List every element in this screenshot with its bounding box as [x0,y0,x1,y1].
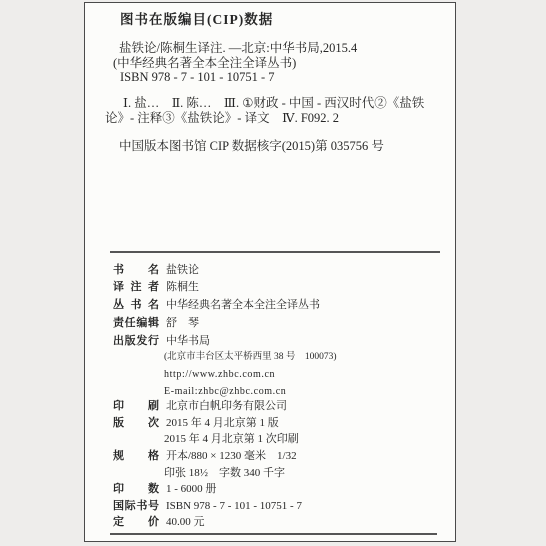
row-series-title: 丛书名中华经典名著全本全注全译丛书 [113,299,320,312]
row-publisher: 出版发行中华书局 [113,335,210,348]
field-value-translator: 陈桐生 [166,281,199,293]
field-value-book-title: 盐铁论 [166,264,199,276]
row-edition: 版次2015 年 4 月北京第 1 版 [113,417,279,430]
field-value-printer: 北京市白帆印务有限公司 [166,400,287,412]
cip-series-statement: (中华经典名著全本全注全译丛书) [113,56,296,70]
cip-registry-number: 中国版本图书馆 CIP 数据核字(2015)第 035756 号 [119,139,384,153]
field-label-format: 规格 [113,450,159,463]
field-value-print-run: 1 - 6000 册 [166,483,216,495]
cip-title-statement: 盐铁论/陈桐生译注. —北京:中华书局,2015.4 [119,41,357,55]
field-label-book-title: 书名 [113,264,159,277]
edition-printing-line: 2015 年 4 月北京第 1 次印刷 [164,433,299,446]
field-label-editor: 责任编辑 [113,317,159,330]
field-label-translator: 译注者 [113,281,159,294]
field-label-series-title: 丛书名 [113,299,159,312]
row-book-title: 书名盐铁论 [113,264,199,277]
field-label-isbn: 国际书号 [113,500,159,513]
divider-top [110,251,440,253]
field-value-publisher: 中华书局 [166,335,210,347]
scanned-copyright-page: { "colors": { "paper": "#fcfcfa", "ink":… [0,0,546,546]
publisher-address: (北京市丰台区太平桥西里 38 号 100073) [164,351,337,364]
row-isbn: 国际书号ISBN 978 - 7 - 101 - 10751 - 7 [113,500,302,513]
cip-header: 图书在版编目(CIP)数据 [120,12,273,27]
row-translator: 译注者陈桐生 [113,281,199,294]
field-label-publisher: 出版发行 [113,335,159,348]
field-label-edition: 版次 [113,417,159,430]
publisher-website: http://www.zhbc.com.cn [164,368,275,381]
row-editor: 责任编辑舒 琴 [113,317,199,330]
row-format: 规格开本/880 × 1230 毫米 1/32 [113,450,297,463]
cip-classification-line2: 论》- 注释③《盐铁论》- 译文 Ⅳ. F092. 2 [105,111,339,125]
field-value-format: 开本/880 × 1230 毫米 1/32 [166,450,297,462]
field-label-printer: 印刷 [113,400,159,413]
row-print-run: 印数1 - 6000 册 [113,483,216,496]
row-printer: 印刷北京市白帆印务有限公司 [113,400,287,413]
cip-classification-line1: Ⅰ. 盐… Ⅱ. 陈… Ⅲ. ①财政 - 中国 - 西汉时代②《盐铁 [123,96,424,110]
field-value-series-title: 中华经典名著全本全注全译丛书 [166,299,320,311]
field-value-edition: 2015 年 4 月北京第 1 版 [166,417,279,429]
divider-bottom [110,533,437,535]
cip-isbn: ISBN 978 - 7 - 101 - 10751 - 7 [120,70,275,84]
publisher-email: E-mail:zhbc@zhbc.com.cn [164,385,286,398]
field-label-price: 定价 [113,516,159,529]
format-sheets-line: 印张 18½ 字数 340 千字 [164,467,285,480]
book-page: 图书在版编目(CIP)数据 盐铁论/陈桐生译注. —北京:中华书局,2015.4… [84,2,456,542]
field-value-editor: 舒 琴 [166,317,199,329]
field-value-isbn: ISBN 978 - 7 - 101 - 10751 - 7 [166,500,302,512]
field-value-price: 40.00 元 [166,516,205,528]
field-label-print-run: 印数 [113,483,159,496]
row-price: 定价40.00 元 [113,516,205,529]
